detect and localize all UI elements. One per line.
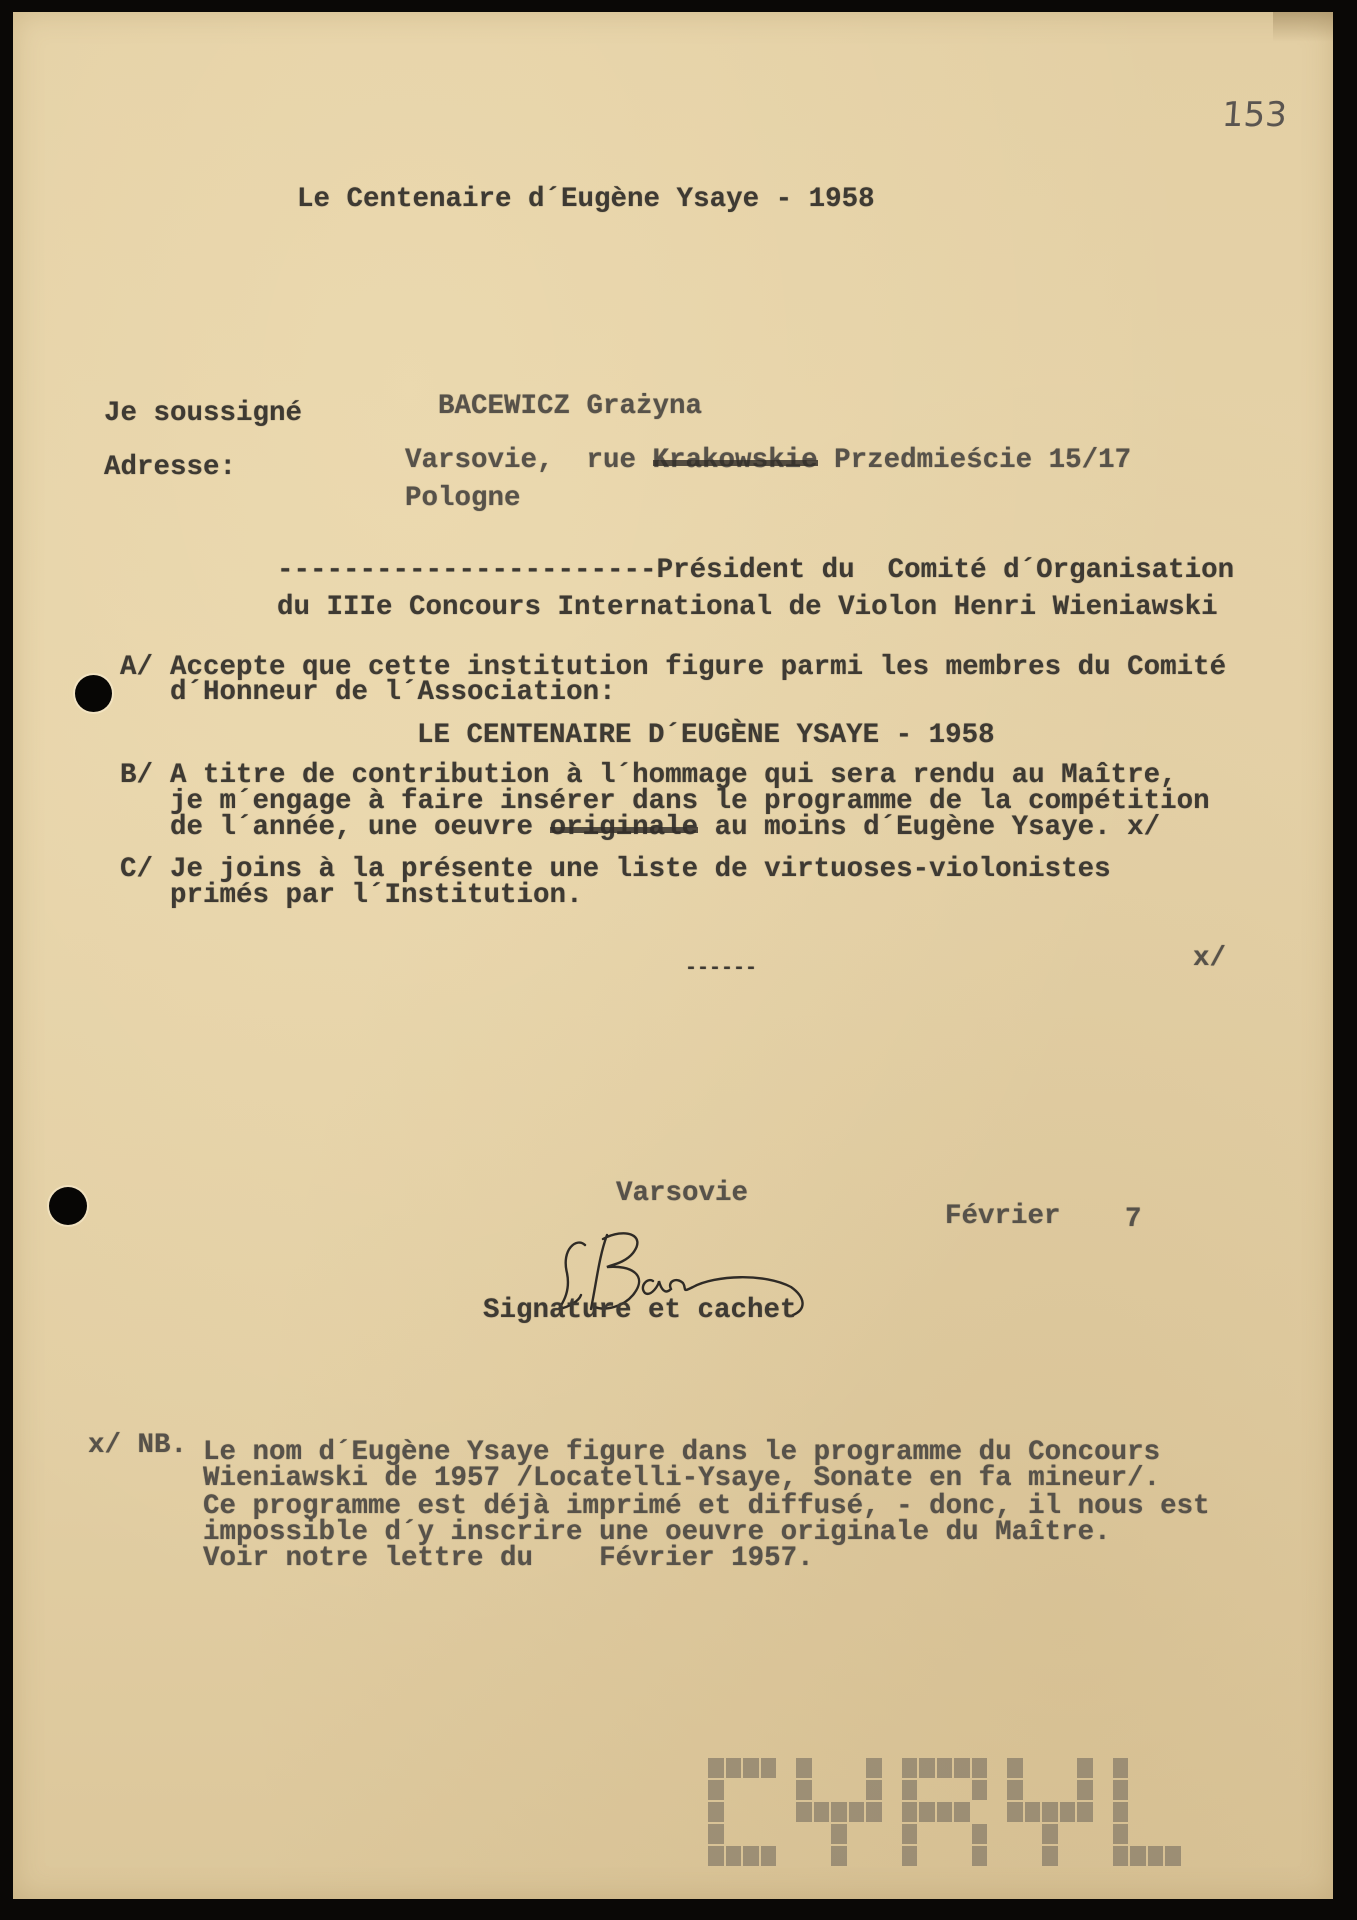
role-line-2: du IIIe Concours International de Violon… xyxy=(277,594,1218,621)
footnote-marker: x/ NB. xyxy=(88,1432,187,1459)
watermark-cell xyxy=(902,1758,918,1778)
watermark-cell xyxy=(866,1758,882,1778)
watermark-letter-y xyxy=(796,1758,882,1866)
watermark-cell xyxy=(1060,1846,1076,1866)
place: Varsovie xyxy=(616,1180,748,1207)
watermark-cell xyxy=(796,1824,812,1844)
undersigned-label: Je soussigné xyxy=(104,400,302,427)
watermark-cell xyxy=(919,1846,935,1866)
hole-punch-bottom xyxy=(49,1187,87,1225)
item-a-line-2: d´Honneur de l´Association: xyxy=(170,679,616,706)
watermark-cell xyxy=(743,1846,759,1866)
watermark-cell xyxy=(902,1824,918,1844)
document-page xyxy=(13,12,1333,1899)
watermark-cell xyxy=(866,1780,882,1800)
watermark-cell xyxy=(1148,1780,1164,1800)
watermark-cell xyxy=(1042,1802,1058,1822)
watermark-cell xyxy=(954,1824,970,1844)
address-label: Adresse: xyxy=(104,454,236,481)
watermark-cell xyxy=(1042,1780,1058,1800)
watermark-cell xyxy=(726,1824,742,1844)
watermark-cell xyxy=(919,1824,935,1844)
watermark-cell xyxy=(972,1802,988,1822)
watermark-cell xyxy=(814,1846,830,1866)
watermark-cell xyxy=(937,1846,953,1866)
watermark-cell xyxy=(1042,1758,1058,1778)
separator-dashes: ------ xyxy=(685,955,757,982)
watermark-cell xyxy=(902,1846,918,1866)
item-c-marker: C/ xyxy=(120,856,153,883)
watermark-letter-l xyxy=(1113,1758,1181,1866)
watermark-cell xyxy=(937,1780,953,1800)
watermark-cell xyxy=(1042,1846,1058,1866)
watermark-cell xyxy=(814,1780,830,1800)
watermark-cell xyxy=(1165,1824,1181,1844)
watermark-cell xyxy=(866,1824,882,1844)
footnote-line-4: impossible d´y inscrire une oeuvre origi… xyxy=(203,1519,1111,1546)
role-title: Président du Comité d´Organisation xyxy=(657,555,1235,586)
watermark-cell xyxy=(726,1846,742,1866)
watermark-cell xyxy=(866,1802,882,1822)
watermark-cell xyxy=(708,1758,724,1778)
role-line-1: -----------------------Président du Comi… xyxy=(277,557,1234,584)
watermark-cell xyxy=(919,1802,935,1822)
watermark-letter-y xyxy=(1007,1758,1093,1866)
footnote-marker-right: x/ xyxy=(1193,945,1226,972)
watermark-cell xyxy=(1025,1758,1041,1778)
watermark-cell xyxy=(1148,1846,1164,1866)
watermark-cell xyxy=(1113,1758,1129,1778)
watermark-letter-r xyxy=(902,1758,988,1866)
item-c-line-1: Je joins à la présente une liste de virt… xyxy=(170,856,1111,883)
address-line-1: Varsovie, rue Krakowskie Przedmieście 15… xyxy=(405,447,1131,474)
watermark-cell xyxy=(972,1846,988,1866)
watermark-cell xyxy=(708,1780,724,1800)
address-suffix: Przedmieście 15/17 xyxy=(818,445,1132,476)
watermark-cell xyxy=(708,1824,724,1844)
role-dashes: ----------------------- xyxy=(277,555,657,586)
watermark-cell xyxy=(831,1802,847,1822)
watermark-cell xyxy=(1165,1758,1181,1778)
watermark-cell xyxy=(1113,1780,1129,1800)
watermark-cell xyxy=(972,1758,988,1778)
watermark-cell xyxy=(919,1758,935,1778)
watermark-cell xyxy=(1130,1780,1146,1800)
watermark-cell xyxy=(796,1802,812,1822)
watermark-cell xyxy=(1025,1802,1041,1822)
watermark-cell xyxy=(814,1802,830,1822)
watermark-cell xyxy=(1060,1780,1076,1800)
watermark-cell xyxy=(761,1824,777,1844)
item-c-line-2: primés par l´Institution. xyxy=(170,882,583,909)
watermark-cell xyxy=(866,1846,882,1866)
watermark-cell xyxy=(972,1824,988,1844)
item-a-marker: A/ xyxy=(120,654,153,681)
watermark-cell xyxy=(831,1758,847,1778)
date-day: 7 xyxy=(1125,1206,1142,1233)
watermark-cell xyxy=(1007,1846,1023,1866)
watermark-cell xyxy=(919,1780,935,1800)
item-b-line-3-suffix: au moins d´Eugène Ysaye. x/ xyxy=(698,812,1160,843)
undersigned-name: BACEWICZ Grażyna xyxy=(438,393,702,420)
paper-stain xyxy=(1273,12,1333,42)
watermark-cell xyxy=(1148,1758,1164,1778)
watermark-cell xyxy=(1077,1846,1093,1866)
watermark-cell xyxy=(1148,1824,1164,1844)
item-b-line-1: A titre de contribution à l´hommage qui … xyxy=(170,762,1177,789)
watermark-cell xyxy=(954,1802,970,1822)
address-line-2: Pologne xyxy=(405,485,521,512)
watermark-cell xyxy=(1077,1802,1093,1822)
watermark-cell xyxy=(1060,1802,1076,1822)
watermark-cell xyxy=(1007,1758,1023,1778)
watermark-cell xyxy=(954,1780,970,1800)
watermark-cell xyxy=(1077,1758,1093,1778)
item-b-marker: B/ xyxy=(120,762,153,789)
watermark-cell xyxy=(1025,1824,1041,1844)
watermark-cell xyxy=(708,1846,724,1866)
watermark-cell xyxy=(902,1802,918,1822)
watermark-cell xyxy=(1130,1824,1146,1844)
watermark-cell xyxy=(937,1824,953,1844)
watermark-cell xyxy=(796,1758,812,1778)
watermark-cell xyxy=(972,1780,988,1800)
watermark-cell xyxy=(831,1824,847,1844)
watermark-cell xyxy=(1060,1824,1076,1844)
hole-punch-top xyxy=(75,675,112,712)
item-b-line-2: je m´engage à faire insérer dans le prog… xyxy=(170,788,1210,815)
watermark-cell xyxy=(849,1802,865,1822)
watermark-cell xyxy=(1165,1846,1181,1866)
footnote-line-5: Voir notre lettre du Février 1957. xyxy=(203,1545,814,1572)
document-title: Le Centenaire d´Eugène Ysaye - 1958 xyxy=(297,186,875,213)
watermark-cell xyxy=(796,1780,812,1800)
watermark-cell xyxy=(1165,1802,1181,1822)
cyryl-watermark-logo xyxy=(708,1758,1181,1866)
watermark-cell xyxy=(849,1846,865,1866)
watermark-cell xyxy=(1130,1758,1146,1778)
footnote-line-3: Ce programme est déjà imprimé et diffusé… xyxy=(203,1493,1210,1520)
watermark-cell xyxy=(1025,1846,1041,1866)
watermark-cell xyxy=(831,1780,847,1800)
watermark-cell xyxy=(708,1802,724,1822)
watermark-cell xyxy=(1113,1824,1129,1844)
item-a-centered-title: LE CENTENAIRE D´EUGÈNE YSAYE - 1958 xyxy=(417,722,995,749)
watermark-cell xyxy=(726,1780,742,1800)
watermark-cell xyxy=(814,1824,830,1844)
watermark-cell xyxy=(1130,1846,1146,1866)
watermark-cell xyxy=(1007,1780,1023,1800)
address-struck-word: Krakowskie xyxy=(653,445,818,476)
watermark-cell xyxy=(937,1758,953,1778)
watermark-cell xyxy=(761,1758,777,1778)
watermark-letter-c xyxy=(708,1758,776,1866)
watermark-cell xyxy=(743,1824,759,1844)
watermark-cell xyxy=(726,1802,742,1822)
footnote-line-2: Wieniawski de 1957 /Locatelli-Ysaye, Son… xyxy=(203,1465,1160,1492)
item-b-line-3: de l´année, une oeuvre originale au moin… xyxy=(170,814,1160,841)
watermark-cell xyxy=(849,1824,865,1844)
watermark-cell xyxy=(831,1846,847,1866)
watermark-cell xyxy=(1077,1824,1093,1844)
watermark-cell xyxy=(849,1758,865,1778)
watermark-cell xyxy=(902,1780,918,1800)
watermark-cell xyxy=(1025,1780,1041,1800)
watermark-cell xyxy=(1007,1824,1023,1844)
watermark-cell xyxy=(937,1802,953,1822)
watermark-cell xyxy=(726,1758,742,1778)
item-b-line-3-prefix: de l´année, une oeuvre xyxy=(170,812,550,843)
watermark-cell xyxy=(849,1780,865,1800)
watermark-cell xyxy=(1113,1802,1129,1822)
watermark-cell xyxy=(761,1802,777,1822)
watermark-cell xyxy=(743,1758,759,1778)
watermark-cell xyxy=(761,1780,777,1800)
watermark-cell xyxy=(796,1846,812,1866)
watermark-cell xyxy=(1148,1802,1164,1822)
watermark-cell xyxy=(1130,1802,1146,1822)
watermark-cell xyxy=(954,1758,970,1778)
watermark-cell xyxy=(1042,1824,1058,1844)
watermark-cell xyxy=(743,1802,759,1822)
watermark-cell xyxy=(1077,1780,1093,1800)
watermark-cell xyxy=(743,1780,759,1800)
footnote-line-1: Le nom d´Eugène Ysaye figure dans le pro… xyxy=(203,1439,1160,1466)
page-number: 153 xyxy=(1221,95,1289,135)
watermark-cell xyxy=(814,1758,830,1778)
date-month: Février xyxy=(945,1203,1061,1230)
watermark-cell xyxy=(1113,1846,1129,1866)
signature-label: Signature et cachet xyxy=(483,1297,797,1324)
watermark-cell xyxy=(1007,1802,1023,1822)
item-b-struck-word: originale xyxy=(550,812,699,843)
watermark-cell xyxy=(761,1846,777,1866)
watermark-cell xyxy=(1165,1780,1181,1800)
watermark-cell xyxy=(1060,1758,1076,1778)
address-prefix: Varsovie, rue xyxy=(405,445,653,476)
watermark-cell xyxy=(954,1846,970,1866)
